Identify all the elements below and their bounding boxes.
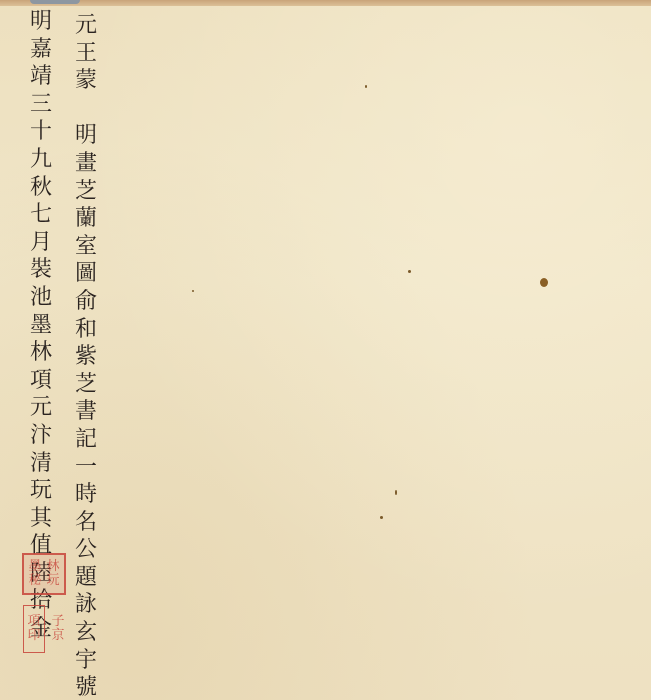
inscription-char: 秋: [30, 174, 52, 202]
seal-char: 京: [50, 629, 66, 643]
inscription-char: 詠: [75, 591, 97, 619]
inscription-char: 嘉: [30, 36, 52, 64]
inscription-column-left: 明嘉靖三十九秋七月裝池墨林項元汴清玩其值陸拾金: [28, 8, 54, 643]
mount-tab: [30, 0, 80, 4]
seal-char: 墨: [26, 560, 44, 574]
mount-top-border: [0, 0, 651, 6]
inscription-char: 元: [30, 394, 52, 422]
inscription-char: 三: [30, 91, 52, 119]
inscription-char: 林: [30, 339, 52, 367]
inscription-char: 時: [75, 481, 97, 509]
paper-spot: [540, 278, 548, 287]
inscription-char: 玩: [30, 477, 52, 505]
inscription-column-right: 元王蒙𤊮明畫芝蘭室圖俞和紫芝書記一時名公題詠玄宇號: [73, 12, 99, 700]
seal-rect-right: 子京: [48, 605, 68, 653]
inscription-char: 俞: [75, 288, 97, 316]
inscription-char: 裝: [30, 256, 52, 284]
inscription-char: 和: [75, 316, 97, 344]
inscription-char: 紫: [75, 343, 97, 371]
inscription-char: 蘭: [75, 205, 97, 233]
inscription-char: 墨: [30, 312, 52, 340]
inscription-char: 清: [30, 450, 52, 478]
inscription-char: 芝: [75, 371, 97, 399]
inscription-char: 宇: [75, 647, 97, 675]
inscription-char: 一: [75, 454, 97, 482]
inscription-char: 汴: [30, 422, 52, 450]
inscription-char: 池: [30, 284, 52, 312]
inscription-char: 月: [30, 229, 52, 257]
seal-square: 墨林秘玩: [22, 553, 66, 595]
inscription-char: 題: [75, 564, 97, 592]
inscription-char: 靖: [30, 63, 52, 91]
seal-char: 玩: [44, 574, 62, 588]
seal-char: 印: [26, 629, 42, 643]
inscription-char: 公: [75, 536, 97, 564]
inscription-char: 玄: [75, 619, 97, 647]
seal-char: 項: [26, 615, 42, 629]
inscription-char: 十: [30, 118, 52, 146]
inscription-char: 記: [75, 426, 97, 454]
inscription-char: 元: [75, 12, 97, 40]
seal-char: 子: [50, 615, 66, 629]
paper-speck: [408, 270, 411, 273]
seal-rect-left: 項印: [23, 605, 45, 653]
inscription-char: 蒙: [75, 67, 97, 95]
inscription-char: 項: [30, 367, 52, 395]
inscription-char: 七: [30, 201, 52, 229]
inscription-char: 明: [30, 8, 52, 36]
seal-char: 林: [44, 560, 62, 574]
inscription-char: 室: [75, 233, 97, 261]
inscription-char: 書: [75, 398, 97, 426]
paper-speck: [365, 85, 367, 88]
paper-speck: [395, 490, 397, 495]
paper-speck: [380, 516, 383, 519]
inscription-char: 號: [75, 674, 97, 700]
inscription-char: 芝: [75, 178, 97, 206]
inscription-char: 明: [75, 122, 97, 150]
inscription-char: 九: [30, 146, 52, 174]
paper-speck: [192, 290, 194, 292]
inscription-char: 圖: [75, 260, 97, 288]
seal-char: 秘: [26, 574, 44, 588]
inscription-char: 王: [75, 40, 97, 68]
inscription-char: 名: [75, 509, 97, 537]
inscription-char: 畫: [75, 150, 97, 178]
inscription-char: 其: [30, 505, 52, 533]
